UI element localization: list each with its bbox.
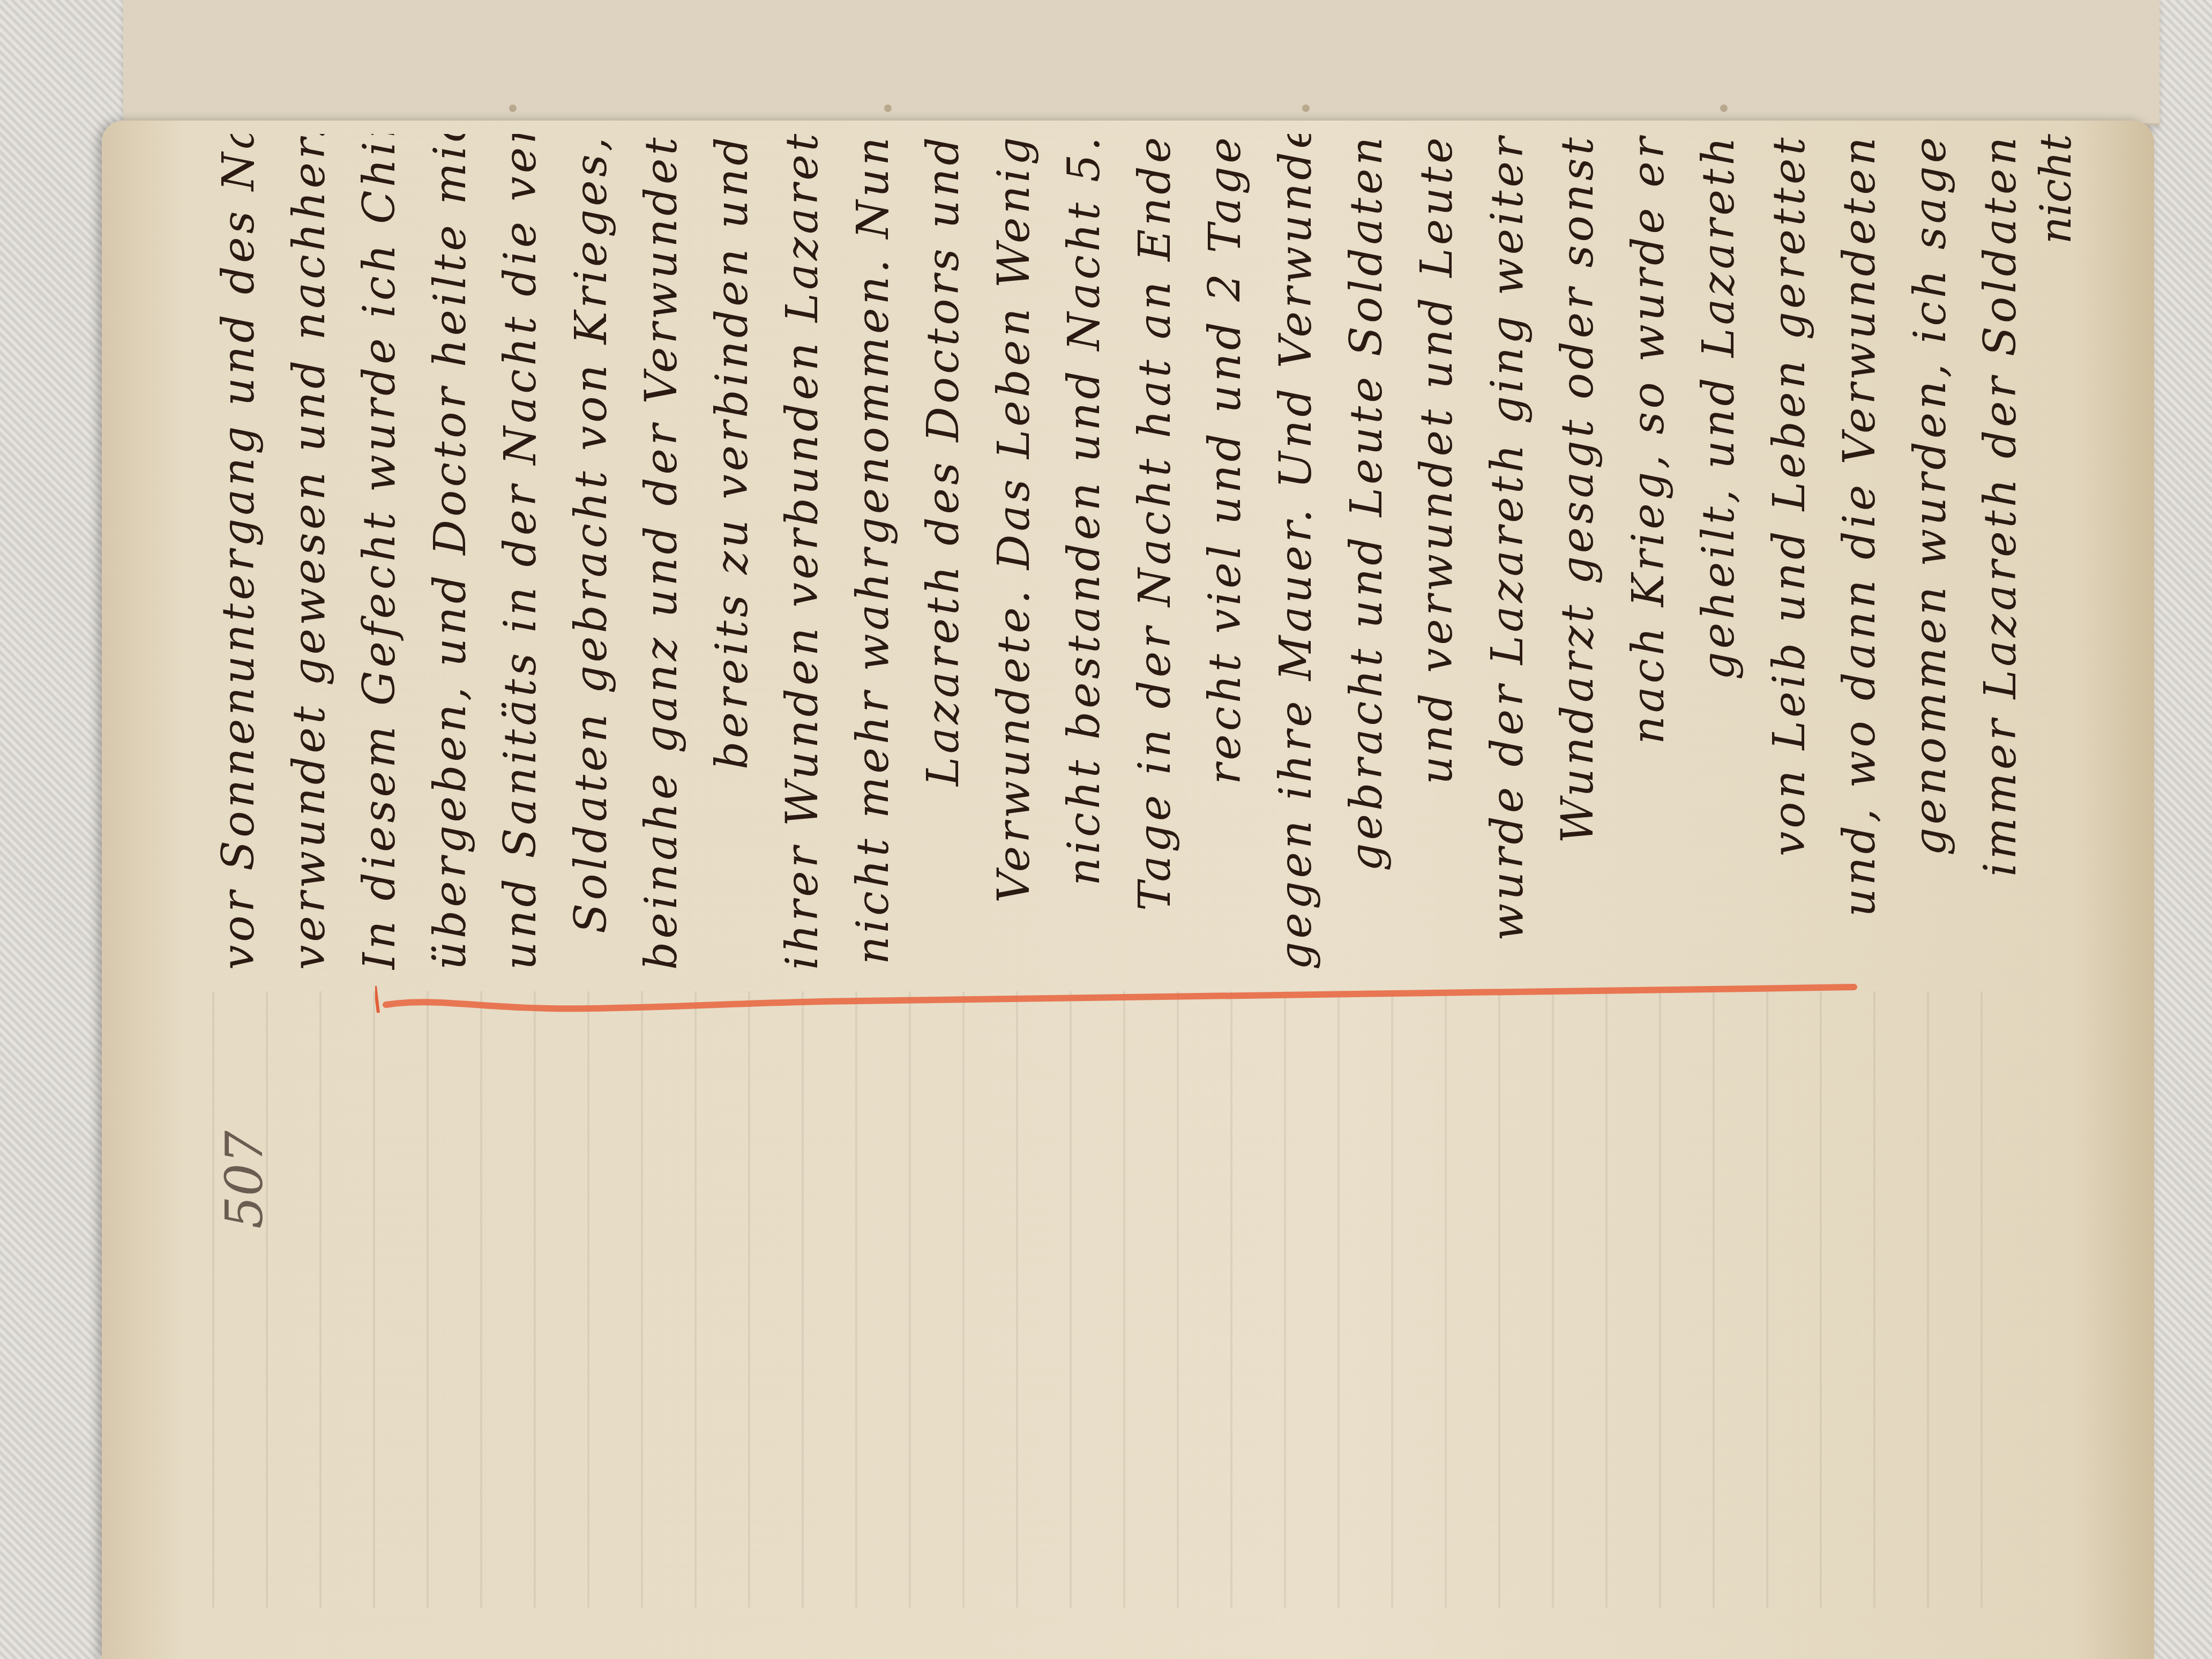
binding-stitch (509, 104, 517, 112)
text-line: genommen wurden, ich sage (1895, 134, 1966, 970)
text-line: bereits zu verbinden und (697, 134, 768, 970)
binding-stitch (1302, 104, 1310, 112)
text-line: und verwundet und Leute (1402, 134, 1473, 970)
handwritten-text-block: vor Sonnenuntergang und des Nachts war i… (204, 134, 2036, 970)
text-line: In diesem Gefecht wurde ich Chirurgen (345, 134, 415, 970)
red-pencil-underline (375, 981, 1859, 1013)
text-line: von Leib und Leben gerettet (1754, 134, 1825, 970)
text-line: ihrer Wunden verbunden Lazareth (767, 134, 838, 970)
text-line: wurde der Lazareth ging weiter (1473, 134, 1543, 970)
text-line: gebracht und Leute Soldaten (1332, 134, 1402, 970)
text-line: Verwundete. Das Leben Wenig (979, 134, 1050, 970)
text-line: geheilt, und Lazareth (1684, 134, 1754, 970)
text-line: immer Lazareth der Soldaten (1966, 134, 2036, 970)
text-line: und, wo dann die Verwundeten (1825, 134, 1895, 970)
binding-stitch (1720, 104, 1728, 112)
text-line: und Sanitäts in der Nacht die verwundete… (485, 134, 556, 970)
text-line: nach Krieg, so wurde er (1613, 134, 1684, 970)
back-page-edge (123, 0, 2159, 125)
text-line: nicht mehr wahrgenommen. Nun (838, 134, 909, 970)
text-line: verwundet gewesen und nachher. — (274, 134, 345, 970)
text-line: Tage in der Nacht hat an Ende (1120, 134, 1191, 970)
text-line: Soldaten gebracht von Krieges, (556, 134, 627, 970)
text-line: gegen ihre Mauer. Und Verwundeten (1261, 134, 1332, 970)
margin-page-number: 507 (214, 1131, 274, 1229)
text-line: übergeben, und Doctor heilte mich (415, 134, 486, 970)
ruled-lines-showthrough (161, 991, 1983, 1608)
text-line: recht viel und und 2 Tage (1190, 134, 1261, 970)
text-line: nicht bestanden und Nacht 5. (1049, 134, 1120, 970)
text-line: beinahe ganz und der Verwundeten (626, 134, 697, 970)
catchword: nicht (2031, 134, 2081, 244)
text-line: Lazareth des Doctors und (908, 134, 979, 970)
text-line: Wundarzt gesagt oder sonst (1543, 134, 1613, 970)
text-line: vor Sonnenuntergang und des Nachts war i… (204, 134, 274, 970)
binding-stitch (884, 104, 892, 112)
